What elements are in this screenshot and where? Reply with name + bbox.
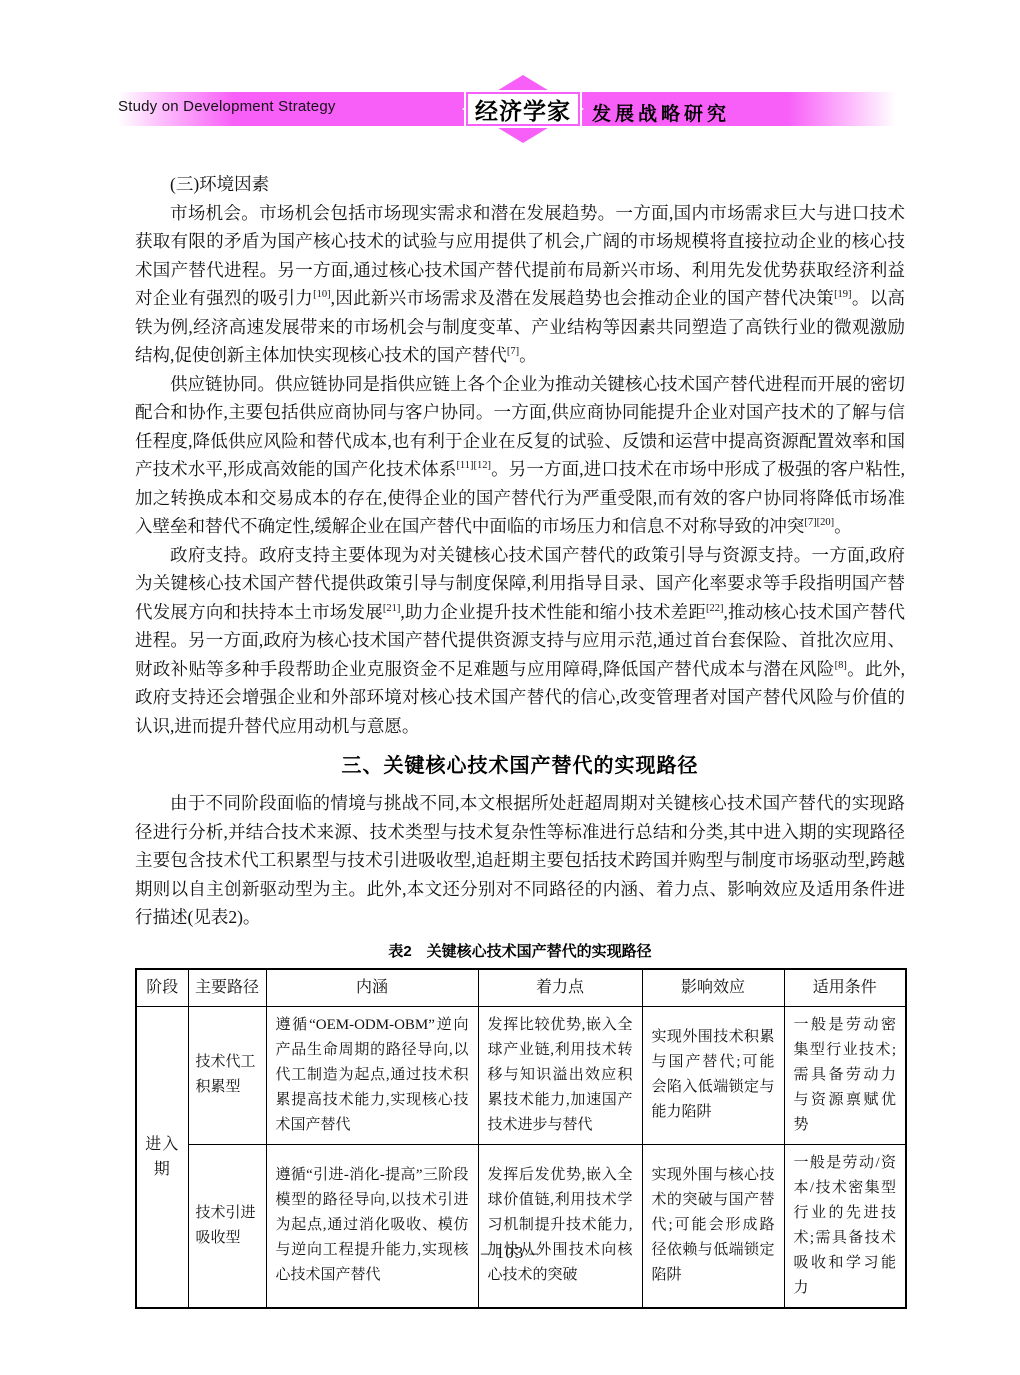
col-header-condition: 适用条件 [784,969,906,1007]
paragraph-market-opportunity: 市场机会。市场机会包括市场现实需求和潜在发展趋势。一方面,国内市场需求巨大与进口… [135,199,905,370]
col-header-stage: 阶段 [136,969,188,1007]
col-header-connotation: 内涵 [266,969,478,1007]
header-english-title: Study on Development Strategy [118,98,336,115]
page-number: – 103 – [0,1243,1020,1263]
path-cell: 技术代工积累型 [188,1006,266,1144]
paragraph-government-support: 政府支持。政府支持主要体现为对关键核心技术国产替代的政策引导与资源支持。一方面,… [135,541,905,741]
path-cell: 技术引进吸收型 [188,1144,266,1308]
paragraph-paths-intro: 由于不同阶段面临的情境与挑战不同,本文根据所处赶超周期对关键核心技术国产替代的实… [135,789,905,932]
col-header-focus: 着力点 [478,969,642,1007]
paper-page: Study on Development Strategy 经济学家 发展战略研… [0,0,1020,1375]
subsection-heading: (三)环境因素 [135,170,905,199]
focus-cell: 发挥后发优势,嵌入全球价值链,利用技术学习机制提升技术能力,加快从外围技术向核心… [478,1144,642,1308]
focus-cell: 发挥比较优势,嵌入全球产业链,利用技术转移与知识溢出效应积累技术能力,加速国产技… [478,1006,642,1144]
header-column-title: 发展战略研究 [592,99,730,126]
effect-cell: 实现外围技术积累与国产替代;可能会陷入低端锁定与能力陷阱 [642,1006,784,1144]
col-header-effect: 影响效应 [642,969,784,1007]
article-body: (三)环境因素 市场机会。市场机会包括市场现实需求和潜在发展趋势。一方面,国内市… [135,170,905,1309]
journal-name: 经济学家 [475,93,571,126]
table-caption: 表2 关键核心技术国产替代的实现路径 [135,940,905,961]
condition-cell: 一般是劳动/资本/技术密集型行业的先进技术;需具备技术吸收和学习能力 [784,1144,906,1308]
table-row: 技术引进吸收型 遵循“引进-消化-提高”三阶段模型的路径导向,以技术引进为起点,… [136,1144,906,1308]
journal-badge: 经济学家 [466,92,580,126]
connotation-cell: 遵循“引进-消化-提高”三阶段模型的路径导向,以技术引进为起点,通过消化吸收、模… [266,1144,478,1308]
table-header-row: 阶段 主要路径 内涵 着力点 影响效应 适用条件 [136,969,906,1007]
paragraph-supply-chain: 供应链协同。供应链协同是指供应链上各个企业为推动关键核心技术国产替代进程而开展的… [135,370,905,541]
col-header-path: 主要路径 [188,969,266,1007]
condition-cell: 一般是劳动密集型行业技术;需具备劳动力与资源禀赋优势 [784,1006,906,1144]
effect-cell: 实现外围与核心技术的突破与国产替代;可能会形成路径依赖与低端锁定陷阱 [642,1144,784,1308]
table-row: 进入期 技术代工积累型 遵循“OEM-ODM-OBM”逆向产品生命周期的路径导向… [136,1006,906,1144]
section-heading: 三、关键核心技术国产替代的实现路径 [135,749,905,778]
connotation-cell: 遵循“OEM-ODM-OBM”逆向产品生命周期的路径导向,以代工制造为起点,通过… [266,1006,478,1144]
